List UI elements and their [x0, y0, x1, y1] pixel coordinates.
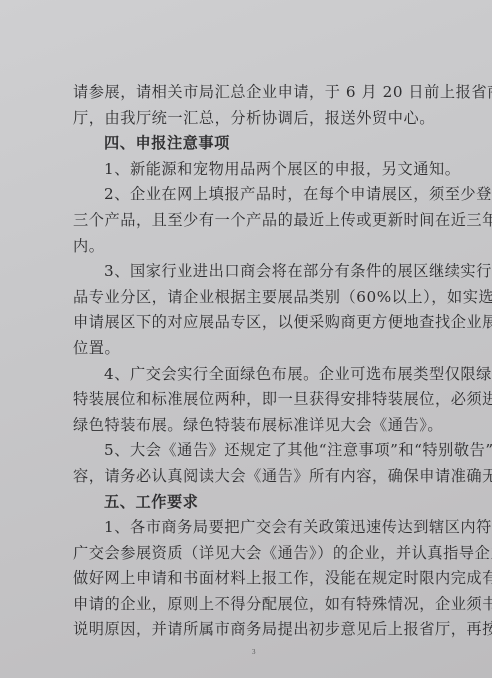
- paragraph-line: 1、各市商务局要把广交会有关政策迅速传达到辖区内符合: [73, 515, 441, 541]
- paragraph-line: 广交会参展资质（详见大会《通告》）的企业，并认真指导企业: [73, 541, 441, 567]
- paragraph-line: 3、国家行业进出口商会将在部分有条件的展区继续实行展: [73, 259, 441, 285]
- paragraph-line: 品专业分区，请企业根据主要展品类别（60%以上），如实选择: [73, 285, 441, 311]
- paragraph-line: 申请展区下的对应展品专区，以便采购商更方便地查找企业展位: [73, 310, 441, 336]
- paragraph-line: 绿色特装布展。绿色特装布展标准详见大会《通告》。: [73, 413, 441, 439]
- paragraph-line: 容，请务必认真阅读大会《通告》所有内容，确保申请准确无误。: [73, 464, 441, 490]
- paragraph-line: 做好网上申请和书面材料上报工作，没能在规定时限内完成有效: [73, 566, 441, 592]
- paragraph-line: 三个产品，且至少有一个产品的最近上传或更新时间在近三年: [73, 208, 441, 234]
- paragraph-line: 1、新能源和宠物用品两个展区的申报，另文通知。: [73, 157, 441, 183]
- paragraph-line: 2、企业在网上填报产品时，在每个申请展区，须至少登记: [73, 182, 441, 208]
- page-number: 3: [252, 648, 256, 656]
- paragraph-line: 位置。: [73, 336, 441, 362]
- paragraph-line: 申请的企业，原则上不得分配展位，如有特殊情况，企业须书面: [73, 592, 441, 618]
- paragraph-line: 特装展位和标准展位两种，即一旦获得安排特装展位，必须进行: [73, 387, 441, 413]
- paragraph-line: 内。: [73, 234, 441, 260]
- paragraph-line: 请参展，请相关市局汇总企业申请，于 6 月 20 日前上报省商务: [73, 80, 441, 106]
- paragraph-line: 5、大会《通告》还规定了其他“注意事项”和“特别敬告”内: [73, 438, 441, 464]
- paragraph-line: 厅，由我厅统一汇总，分析协调后，报送外贸中心。: [73, 106, 441, 132]
- document-page: 请参展，请相关市局汇总企业申请，于 6 月 20 日前上报省商务 厅，由我厅统一…: [73, 80, 441, 643]
- section-heading: 五、工作要求: [73, 490, 441, 516]
- paragraph-line: 4、广交会实行全面绿色布展。企业可选布展类型仅限绿色: [73, 362, 441, 388]
- section-heading: 四、申报注意事项: [73, 131, 441, 157]
- paragraph-line: 说明原因，并请所属市商务局提出初步意见后上报省厅，再按照: [73, 617, 441, 643]
